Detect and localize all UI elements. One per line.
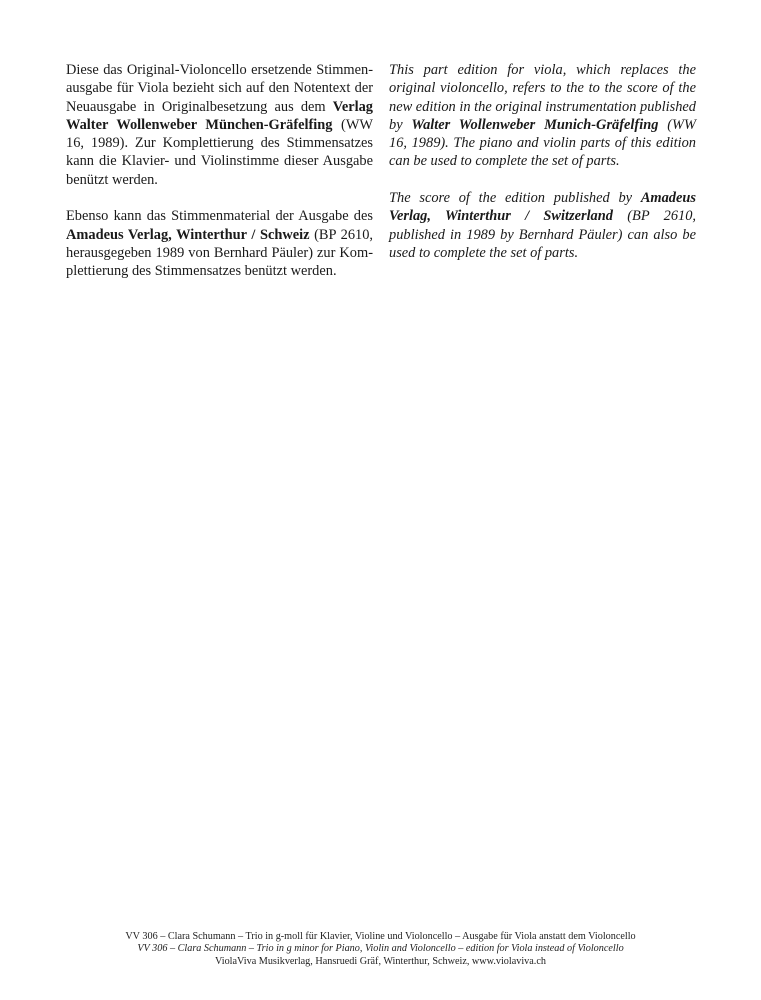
footer-line-english: VV 306 – Clara Schumann – Trio in g mino… bbox=[0, 943, 761, 955]
footer-publisher: ViolaViva Musikverlag, Hansruedi Gräf, W… bbox=[0, 956, 761, 968]
publisher-name: Walter Wollenweber Munich-Gräfelfing bbox=[411, 117, 658, 133]
english-paragraph-2: The score of the edition published by Am… bbox=[389, 189, 696, 262]
page-footer: VV 306 – Clara Schumann – Trio in g-moll… bbox=[0, 931, 761, 968]
german-paragraph-1: Diese das Original-Violoncello ersetzend… bbox=[66, 61, 373, 189]
english-paragraph-1: This part edition for viola, which repla… bbox=[389, 61, 696, 171]
german-paragraph-2: Ebenso kann das Stimmenmaterial der Ausg… bbox=[66, 207, 373, 280]
publisher-name: Amadeus Verlag, Winterthur / Schweiz bbox=[66, 227, 310, 243]
german-column: Diese das Original-Violoncello ersetzend… bbox=[66, 61, 373, 299]
english-column: This part edition for viola, which repla… bbox=[389, 61, 696, 281]
footer-line-german: VV 306 – Clara Schumann – Trio in g-moll… bbox=[0, 931, 761, 943]
